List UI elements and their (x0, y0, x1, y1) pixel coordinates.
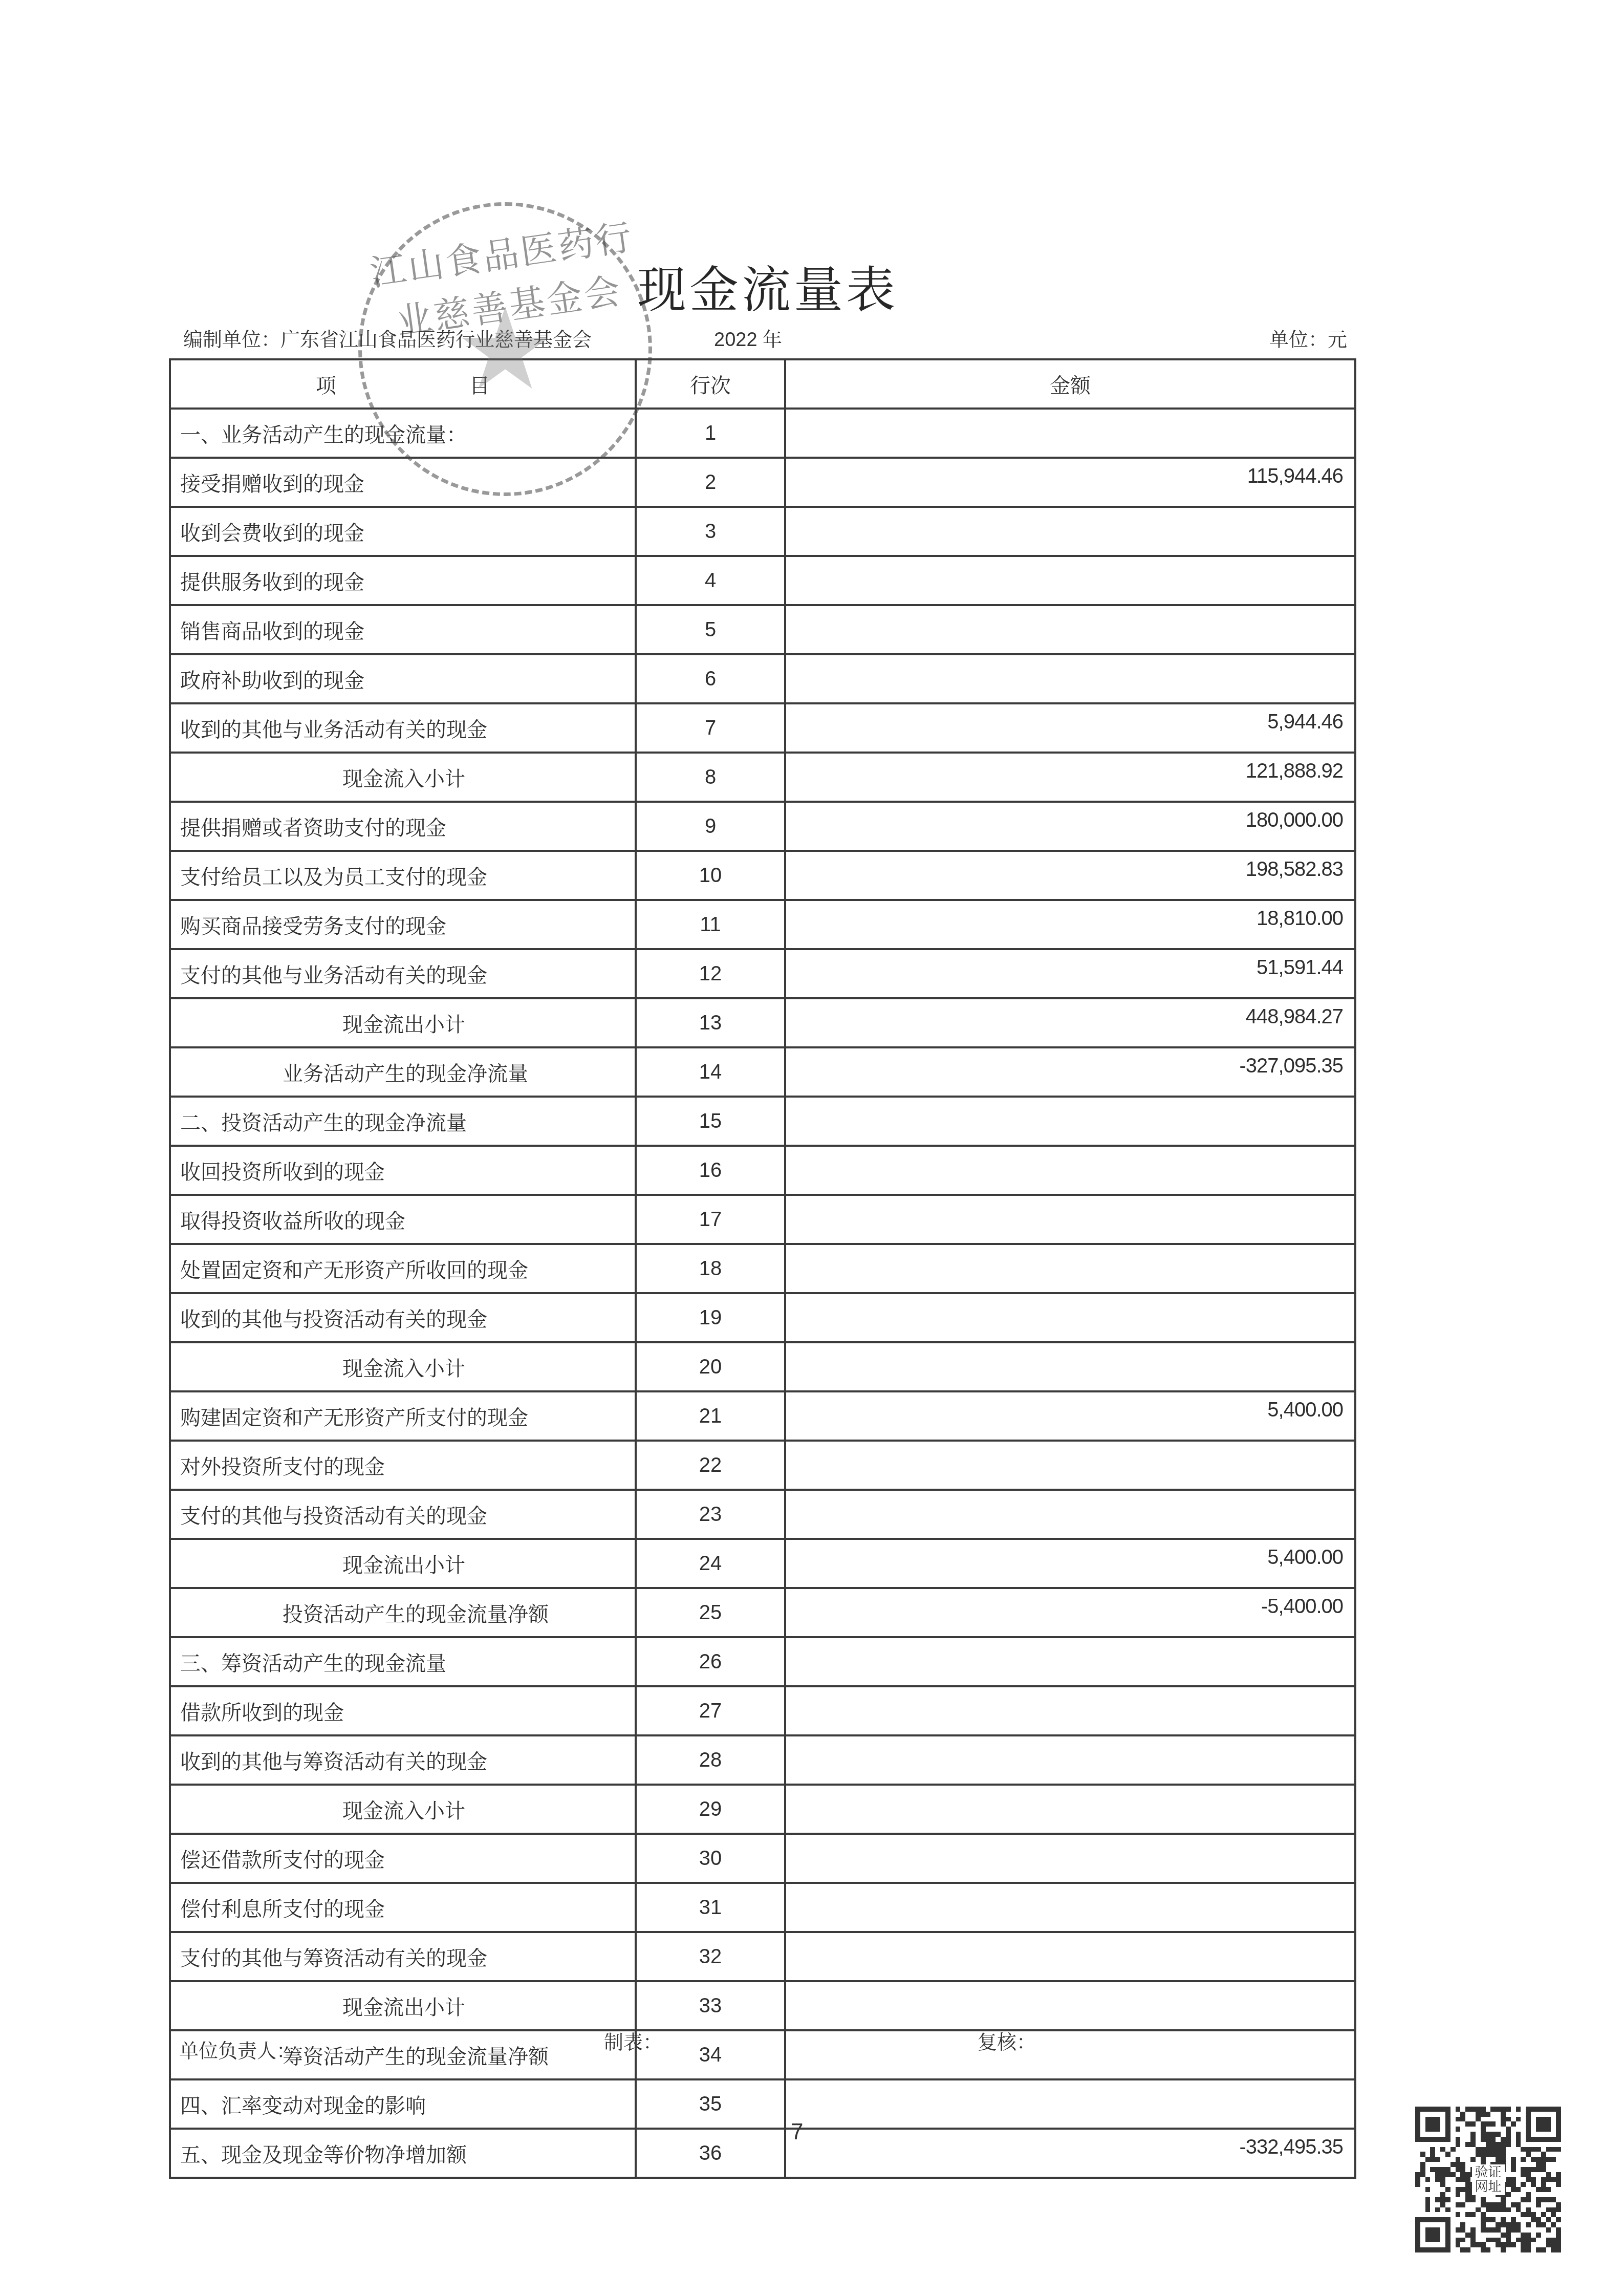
table-row: 接受捐赠收到的现金2115,944.46 (170, 458, 1355, 507)
row-line-no: 31 (636, 1883, 785, 1932)
row-item: 三、筹资活动产生的现金流量 (170, 1637, 636, 1686)
row-amount: -332,495.35 (785, 2129, 1355, 2178)
row-line-no: 21 (636, 1391, 785, 1441)
row-item: 五、现金及现金等价物净增加额 (170, 2129, 636, 2178)
row-line-no: 14 (636, 1047, 785, 1097)
row-item: 收到的其他与投资活动有关的现金 (170, 1293, 636, 1342)
row-item: 支付的其他与筹资活动有关的现金 (170, 1932, 636, 1981)
row-amount: 121,888.92 (785, 753, 1355, 802)
table-row: 支付给员工以及为员工支付的现金10198,582.83 (170, 851, 1355, 900)
table-row: 现金流入小计8121,888.92 (170, 753, 1355, 802)
row-line-no: 29 (636, 1785, 785, 1834)
row-line-no: 22 (636, 1441, 785, 1490)
header-line-no: 行次 (636, 359, 785, 409)
row-line-no: 3 (636, 507, 785, 556)
row-line-no: 15 (636, 1097, 785, 1146)
row-item: 支付给员工以及为员工支付的现金 (170, 851, 636, 900)
row-item: 现金流出小计 (170, 1539, 636, 1588)
row-amount (785, 1244, 1355, 1293)
row-item: 销售商品收到的现金 (170, 605, 636, 654)
row-amount: 18,810.00 (785, 900, 1355, 949)
row-item: 处置固定资和产无形资产所收回的现金 (170, 1244, 636, 1293)
row-amount (785, 1883, 1355, 1932)
row-item: 一、业务活动产生的现金流量： (170, 409, 636, 458)
row-line-no: 35 (636, 2079, 785, 2129)
table-row: 支付的其他与投资活动有关的现金23 (170, 1490, 1355, 1539)
row-line-no: 33 (636, 1981, 785, 2030)
row-line-no: 26 (636, 1637, 785, 1686)
row-amount: 198,582.83 (785, 851, 1355, 900)
row-item: 收到会费收到的现金 (170, 507, 636, 556)
row-line-no: 32 (636, 1932, 785, 1981)
table-row: 收回投资所收到的现金16 (170, 1146, 1355, 1195)
row-line-no: 9 (636, 802, 785, 851)
page-number: 7 (791, 2119, 803, 2145)
row-line-no: 13 (636, 998, 785, 1047)
table-row: 投资活动产生的现金流量净额25-5,400.00 (170, 1588, 1355, 1637)
row-item: 购建固定资和产无形资产所支付的现金 (170, 1391, 636, 1441)
row-item: 现金流出小计 (170, 1981, 636, 2030)
row-item: 支付的其他与投资活动有关的现金 (170, 1490, 636, 1539)
table-row: 五、现金及现金等价物净增加额36-332,495.35 (170, 2129, 1355, 2178)
row-item: 取得投资收益所收的现金 (170, 1195, 636, 1244)
table-row: 收到会费收到的现金3 (170, 507, 1355, 556)
row-line-no: 6 (636, 654, 785, 703)
table-row: 购建固定资和产无形资产所支付的现金215,400.00 (170, 1391, 1355, 1441)
page-title: 现金流量表 (637, 251, 898, 321)
row-line-no: 16 (636, 1146, 785, 1195)
row-item: 现金流入小计 (170, 753, 636, 802)
row-line-no: 12 (636, 949, 785, 998)
row-amount: 115,944.46 (785, 458, 1355, 507)
row-item: 收回投资所收到的现金 (170, 1146, 636, 1195)
row-item: 投资活动产生的现金流量净额 (170, 1588, 636, 1637)
row-amount (785, 1342, 1355, 1391)
row-amount: 180,000.00 (785, 802, 1355, 851)
header-amount: 金额 (785, 359, 1355, 409)
row-amount: 448,984.27 (785, 998, 1355, 1047)
qr-code-icon: 验证网址 (1415, 2107, 1561, 2252)
row-item: 接受捐赠收到的现金 (170, 458, 636, 507)
table-row: 现金流出小计33 (170, 1981, 1355, 2030)
row-item: 现金流入小计 (170, 1785, 636, 1834)
row-amount (785, 2030, 1355, 2079)
table-row: 偿付利息所支付的现金31 (170, 1883, 1355, 1932)
row-line-no: 19 (636, 1293, 785, 1342)
row-item: 偿还借款所支付的现金 (170, 1834, 636, 1883)
row-item: 现金流入小计 (170, 1342, 636, 1391)
table-row: 筹资活动产生的现金流量净额34 (170, 2030, 1355, 2079)
report-year: 2022 年 (714, 324, 782, 352)
row-line-no: 23 (636, 1490, 785, 1539)
row-amount (785, 1195, 1355, 1244)
row-item: 对外投资所支付的现金 (170, 1441, 636, 1490)
row-line-no: 11 (636, 900, 785, 949)
header-item: 项目 (170, 359, 636, 409)
row-amount (785, 1735, 1355, 1785)
reviewed-label: 复核： (978, 2026, 1036, 2054)
table-row: 三、筹资活动产生的现金流量26 (170, 1637, 1355, 1686)
row-amount (785, 1932, 1355, 1981)
currency-unit: 单位：元 (1269, 324, 1347, 352)
row-amount: 5,400.00 (785, 1391, 1355, 1441)
row-line-no: 17 (636, 1195, 785, 1244)
row-line-no: 24 (636, 1539, 785, 1588)
row-amount: -327,095.35 (785, 1047, 1355, 1097)
row-amount (785, 1146, 1355, 1195)
row-line-no: 36 (636, 2129, 785, 2178)
row-amount (785, 1834, 1355, 1883)
table-row: 提供服务收到的现金4 (170, 556, 1355, 605)
table-row: 现金流入小计20 (170, 1342, 1355, 1391)
table-row: 二、投资活动产生的现金净流量15 (170, 1097, 1355, 1146)
table-row: 支付的其他与业务活动有关的现金1251,591.44 (170, 949, 1355, 998)
row-line-no: 2 (636, 458, 785, 507)
table-row: 业务活动产生的现金净流量14-327,095.35 (170, 1047, 1355, 1097)
row-amount: 5,944.46 (785, 703, 1355, 753)
table-row: 四、汇率变动对现金的影响35 (170, 2079, 1355, 2129)
row-line-no: 27 (636, 1686, 785, 1735)
row-amount (785, 654, 1355, 703)
row-line-no: 10 (636, 851, 785, 900)
row-item: 二、投资活动产生的现金净流量 (170, 1097, 636, 1146)
table-row: 处置固定资和产无形资产所收回的现金18 (170, 1244, 1355, 1293)
table-row: 现金流出小计13448,984.27 (170, 998, 1355, 1047)
row-amount (785, 409, 1355, 458)
row-item: 业务活动产生的现金净流量 (170, 1047, 636, 1097)
row-line-no: 4 (636, 556, 785, 605)
row-line-no: 28 (636, 1735, 785, 1785)
table-row: 取得投资收益所收的现金17 (170, 1195, 1355, 1244)
cash-flow-table: 项目 行次 金额 一、业务活动产生的现金流量：1接受捐赠收到的现金2115,94… (169, 358, 1356, 2179)
row-item: 偿付利息所支付的现金 (170, 1883, 636, 1932)
row-item: 购买商品接受劳务支付的现金 (170, 900, 636, 949)
table-row: 收到的其他与筹资活动有关的现金28 (170, 1735, 1355, 1785)
row-line-no: 1 (636, 409, 785, 458)
row-line-no: 8 (636, 753, 785, 802)
unit-head-label: 单位负责人： (179, 2035, 296, 2063)
prepared-label: 制表： (604, 2026, 662, 2054)
table-row: 销售商品收到的现金5 (170, 605, 1355, 654)
qr-label: 验证网址 (1472, 2164, 1505, 2195)
row-amount (785, 1686, 1355, 1735)
row-amount (785, 2079, 1355, 2129)
table-row: 购买商品接受劳务支付的现金1118,810.00 (170, 900, 1355, 949)
row-amount (785, 1490, 1355, 1539)
table-row: 一、业务活动产生的现金流量：1 (170, 409, 1355, 458)
row-amount (785, 1785, 1355, 1834)
table-row: 支付的其他与筹资活动有关的现金32 (170, 1932, 1355, 1981)
row-amount (785, 1097, 1355, 1146)
row-item: 现金流出小计 (170, 998, 636, 1047)
row-line-no: 5 (636, 605, 785, 654)
row-amount (785, 1981, 1355, 2030)
row-line-no: 18 (636, 1244, 785, 1293)
table-row: 现金流入小计29 (170, 1785, 1355, 1834)
table-row: 收到的其他与业务活动有关的现金75,944.46 (170, 703, 1355, 753)
row-amount (785, 605, 1355, 654)
table-row: 偿还借款所支付的现金30 (170, 1834, 1355, 1883)
row-line-no: 30 (636, 1834, 785, 1883)
row-item: 四、汇率变动对现金的影响 (170, 2079, 636, 2129)
row-line-no: 20 (636, 1342, 785, 1391)
row-amount: -5,400.00 (785, 1588, 1355, 1637)
row-line-no: 25 (636, 1588, 785, 1637)
row-item: 支付的其他与业务活动有关的现金 (170, 949, 636, 998)
row-item: 借款所收到的现金 (170, 1686, 636, 1735)
row-item: 提供服务收到的现金 (170, 556, 636, 605)
row-amount (785, 1441, 1355, 1490)
row-amount (785, 507, 1355, 556)
table-row: 提供捐赠或者资助支付的现金9180,000.00 (170, 802, 1355, 851)
table-row: 现金流出小计245,400.00 (170, 1539, 1355, 1588)
row-amount (785, 1637, 1355, 1686)
row-amount: 51,591.44 (785, 949, 1355, 998)
row-item: 收到的其他与筹资活动有关的现金 (170, 1735, 636, 1785)
row-amount (785, 1293, 1355, 1342)
row-item: 政府补助收到的现金 (170, 654, 636, 703)
table-row: 政府补助收到的现金6 (170, 654, 1355, 703)
row-item: 收到的其他与业务活动有关的现金 (170, 703, 636, 753)
row-line-no: 7 (636, 703, 785, 753)
table-row: 借款所收到的现金27 (170, 1686, 1355, 1735)
prepared-by-unit: 编制单位：广东省江山食品医药行业慈善基金会 (183, 324, 592, 352)
row-amount: 5,400.00 (785, 1539, 1355, 1588)
row-item: 提供捐赠或者资助支付的现金 (170, 802, 636, 851)
table-header-row: 项目 行次 金额 (170, 359, 1355, 409)
table-row: 对外投资所支付的现金22 (170, 1441, 1355, 1490)
table-row: 收到的其他与投资活动有关的现金19 (170, 1293, 1355, 1342)
row-amount (785, 556, 1355, 605)
